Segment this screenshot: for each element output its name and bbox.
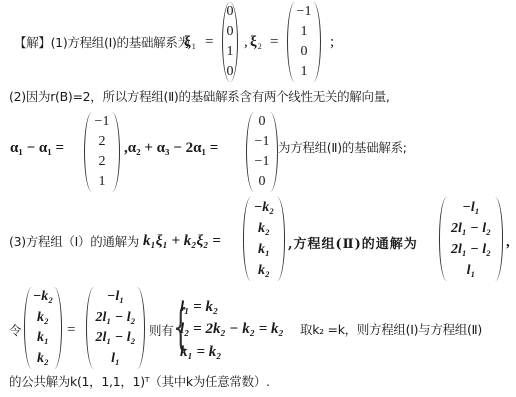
vector-cell: 0: [227, 64, 234, 80]
vector-cell: 0: [227, 4, 234, 20]
part2-vector2: 0 −1 −1 0: [246, 112, 278, 192]
part2-suffix: 为方程组(Ⅱ)的基础解系;: [278, 140, 407, 156]
part4-let: 令: [9, 323, 21, 339]
vector-cell: −k₂: [254, 200, 274, 216]
part2-vector1: −1 2 2 1: [84, 112, 120, 192]
part3-general2: −l₁ 2l₁ − l₂ 2l₁ − l₂ l₁: [439, 197, 503, 281]
vector-cell: k₁: [37, 330, 49, 346]
part3-prefix: (3)方程组（Ⅰ）的通解为: [9, 234, 139, 250]
part4-then: 则有: [149, 323, 173, 339]
vector-cell: k₂: [37, 351, 49, 367]
part2-expr1: α₁ − α₁ =: [10, 139, 64, 157]
vector-cell: −k₂: [33, 289, 53, 305]
vector-cell: −l₁: [462, 200, 479, 216]
vector-cell: l₁: [111, 351, 120, 367]
part4-right-vector: −l₁ 2l₁ − l₂ 2l₁ − l₂ l₁: [86, 287, 145, 369]
part3-expr: k₁ξ₁ + k₂ξ₂ =: [143, 232, 221, 250]
vector-cell: k₂: [37, 310, 49, 326]
xi1-vector: 0 0 1 0: [222, 2, 238, 82]
vector-cell: 2: [99, 154, 106, 170]
equals-sign: =: [67, 321, 75, 339]
part3-general1: −k₂ k₂ k₁ k₂: [243, 197, 285, 281]
system-eq2: l₂ = 2k₂ − k₂ = k₂: [180, 320, 284, 338]
part2-intro: (2)因为r(B)=2，所以方程组(Ⅱ)的基础解系含有两个线性无关的解向量,: [9, 89, 390, 105]
part4-take: 取k₂ =k，则方程组(Ⅰ)与方程组(Ⅱ): [300, 322, 482, 338]
part2-expr2: ,α₂ + α₃ − 2α₁ =: [124, 139, 218, 157]
vector-cell: 1: [301, 64, 308, 80]
vector-cell: k₁: [258, 242, 270, 258]
part3-middle: ,方程组(Ⅱ)的通解为: [288, 233, 418, 252]
vector-cell: 2l₁ − l₂: [451, 242, 491, 258]
vector-cell: 0: [259, 174, 266, 190]
vector-cell: 2l₁ − l₂: [95, 330, 135, 346]
xi2-vector: −1 1 0 1: [287, 2, 321, 82]
part1-prefix: 【解】(1)方程组(Ⅰ)的基础解系为: [14, 35, 190, 51]
part4-left-vector: −k₂ k₂ k₁ k₂: [24, 287, 62, 369]
xi1-label: ξ1: [184, 33, 196, 56]
vector-cell: 1: [99, 174, 106, 190]
vector-cell: 2: [99, 134, 106, 150]
system-eq3: k₁ = k₂: [180, 343, 222, 361]
vector-cell: −1: [297, 4, 312, 20]
part4-conclusion: 的公共解为k(1，1,1，1)ᵀ（其中k为任意常数）.: [9, 374, 270, 390]
comma: ,: [506, 233, 510, 251]
vector-cell: −1: [255, 134, 270, 150]
vector-cell: 1: [227, 44, 234, 60]
comma: ,: [244, 33, 248, 51]
equals-sign: =: [270, 33, 278, 51]
vector-cell: −l₁: [107, 289, 124, 305]
vector-cell: −1: [95, 114, 110, 130]
semicolon: ;: [330, 33, 334, 51]
vector-cell: k₂: [258, 221, 270, 237]
xi2-label: ξ2: [250, 33, 262, 56]
equals-sign: =: [205, 33, 213, 51]
vector-cell: 0: [227, 24, 234, 40]
vector-cell: −1: [255, 154, 270, 170]
vector-cell: 2l₁ − l₂: [95, 310, 135, 326]
system-eq1: l₁ = k₂: [180, 298, 218, 316]
vector-cell: k₂: [258, 263, 270, 279]
vector-cell: 0: [259, 114, 266, 130]
vector-cell: 2l₁ − l₂: [451, 221, 491, 237]
vector-cell: 0: [301, 44, 308, 60]
vector-cell: 1: [301, 24, 308, 40]
vector-cell: l₁: [467, 263, 476, 279]
